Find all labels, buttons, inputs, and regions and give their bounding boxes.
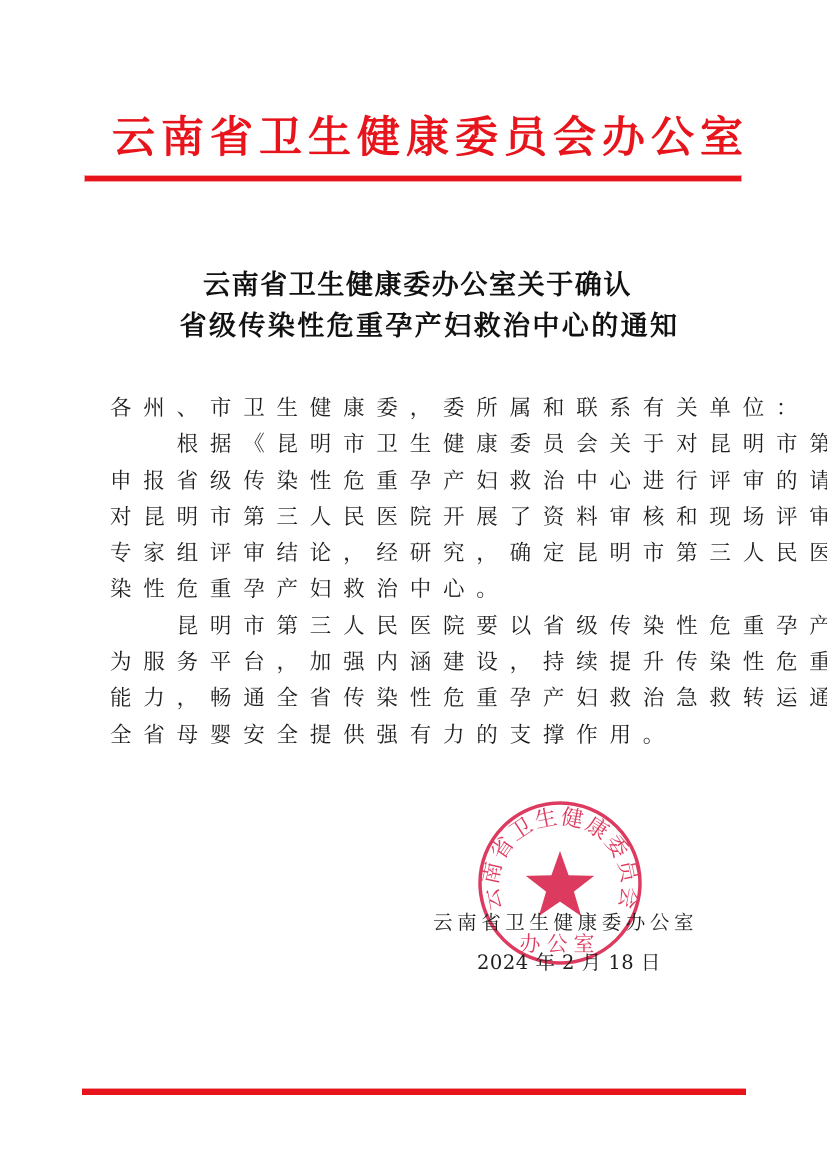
star-icon [526, 851, 594, 916]
signature-organization: 云南省卫生健康委办公室 [433, 908, 698, 938]
body-line: 染性危重孕产妇救治中心。 [110, 572, 510, 608]
salutation: 各州、市卫生健康委，委所属和联系有关单位： [110, 391, 809, 427]
letterhead-title: 云南省卫生健康委员会办公室 [112, 112, 749, 164]
body-line: 根据《昆明市卫生健康委员会关于对昆明市第三人民医院 [110, 427, 827, 463]
body-line: 专家组评审结论，经研究，确定昆明市第三人民医院为省级传 [110, 536, 827, 572]
official-seal: 云南省卫生健康委员会 办公室 [476, 799, 644, 967]
body-line: 申报省级传染性危重孕产妇救治中心进行评审的请示》，我委 [110, 464, 827, 500]
body-line: 全省母婴安全提供强有力的支撑作用。 [110, 718, 676, 754]
body-line: 对昆明市第三人民医院开展了资料审核和现场评审。依据评审 [110, 500, 827, 536]
body-line: 昆明市第三人民医院要以省级传染性危重孕产妇救治中心 [110, 609, 827, 645]
signature-date: 2024 年 2 月 18 日 [477, 948, 661, 978]
footer-divider [82, 1089, 746, 1095]
document-title-line-2: 省级传染性危重孕产妇救治中心的通知 [0, 307, 827, 347]
body-line: 能力，畅通全省传染性危重孕产妇救治急救转运通道，为保障 [110, 681, 827, 717]
document-title-line-1: 云南省卫生健康委办公室关于确认 [0, 266, 827, 306]
body-line: 为服务平台，加强内涵建设，持续提升传染性危重孕产妇救治 [110, 645, 827, 681]
letterhead-divider [85, 176, 741, 181]
